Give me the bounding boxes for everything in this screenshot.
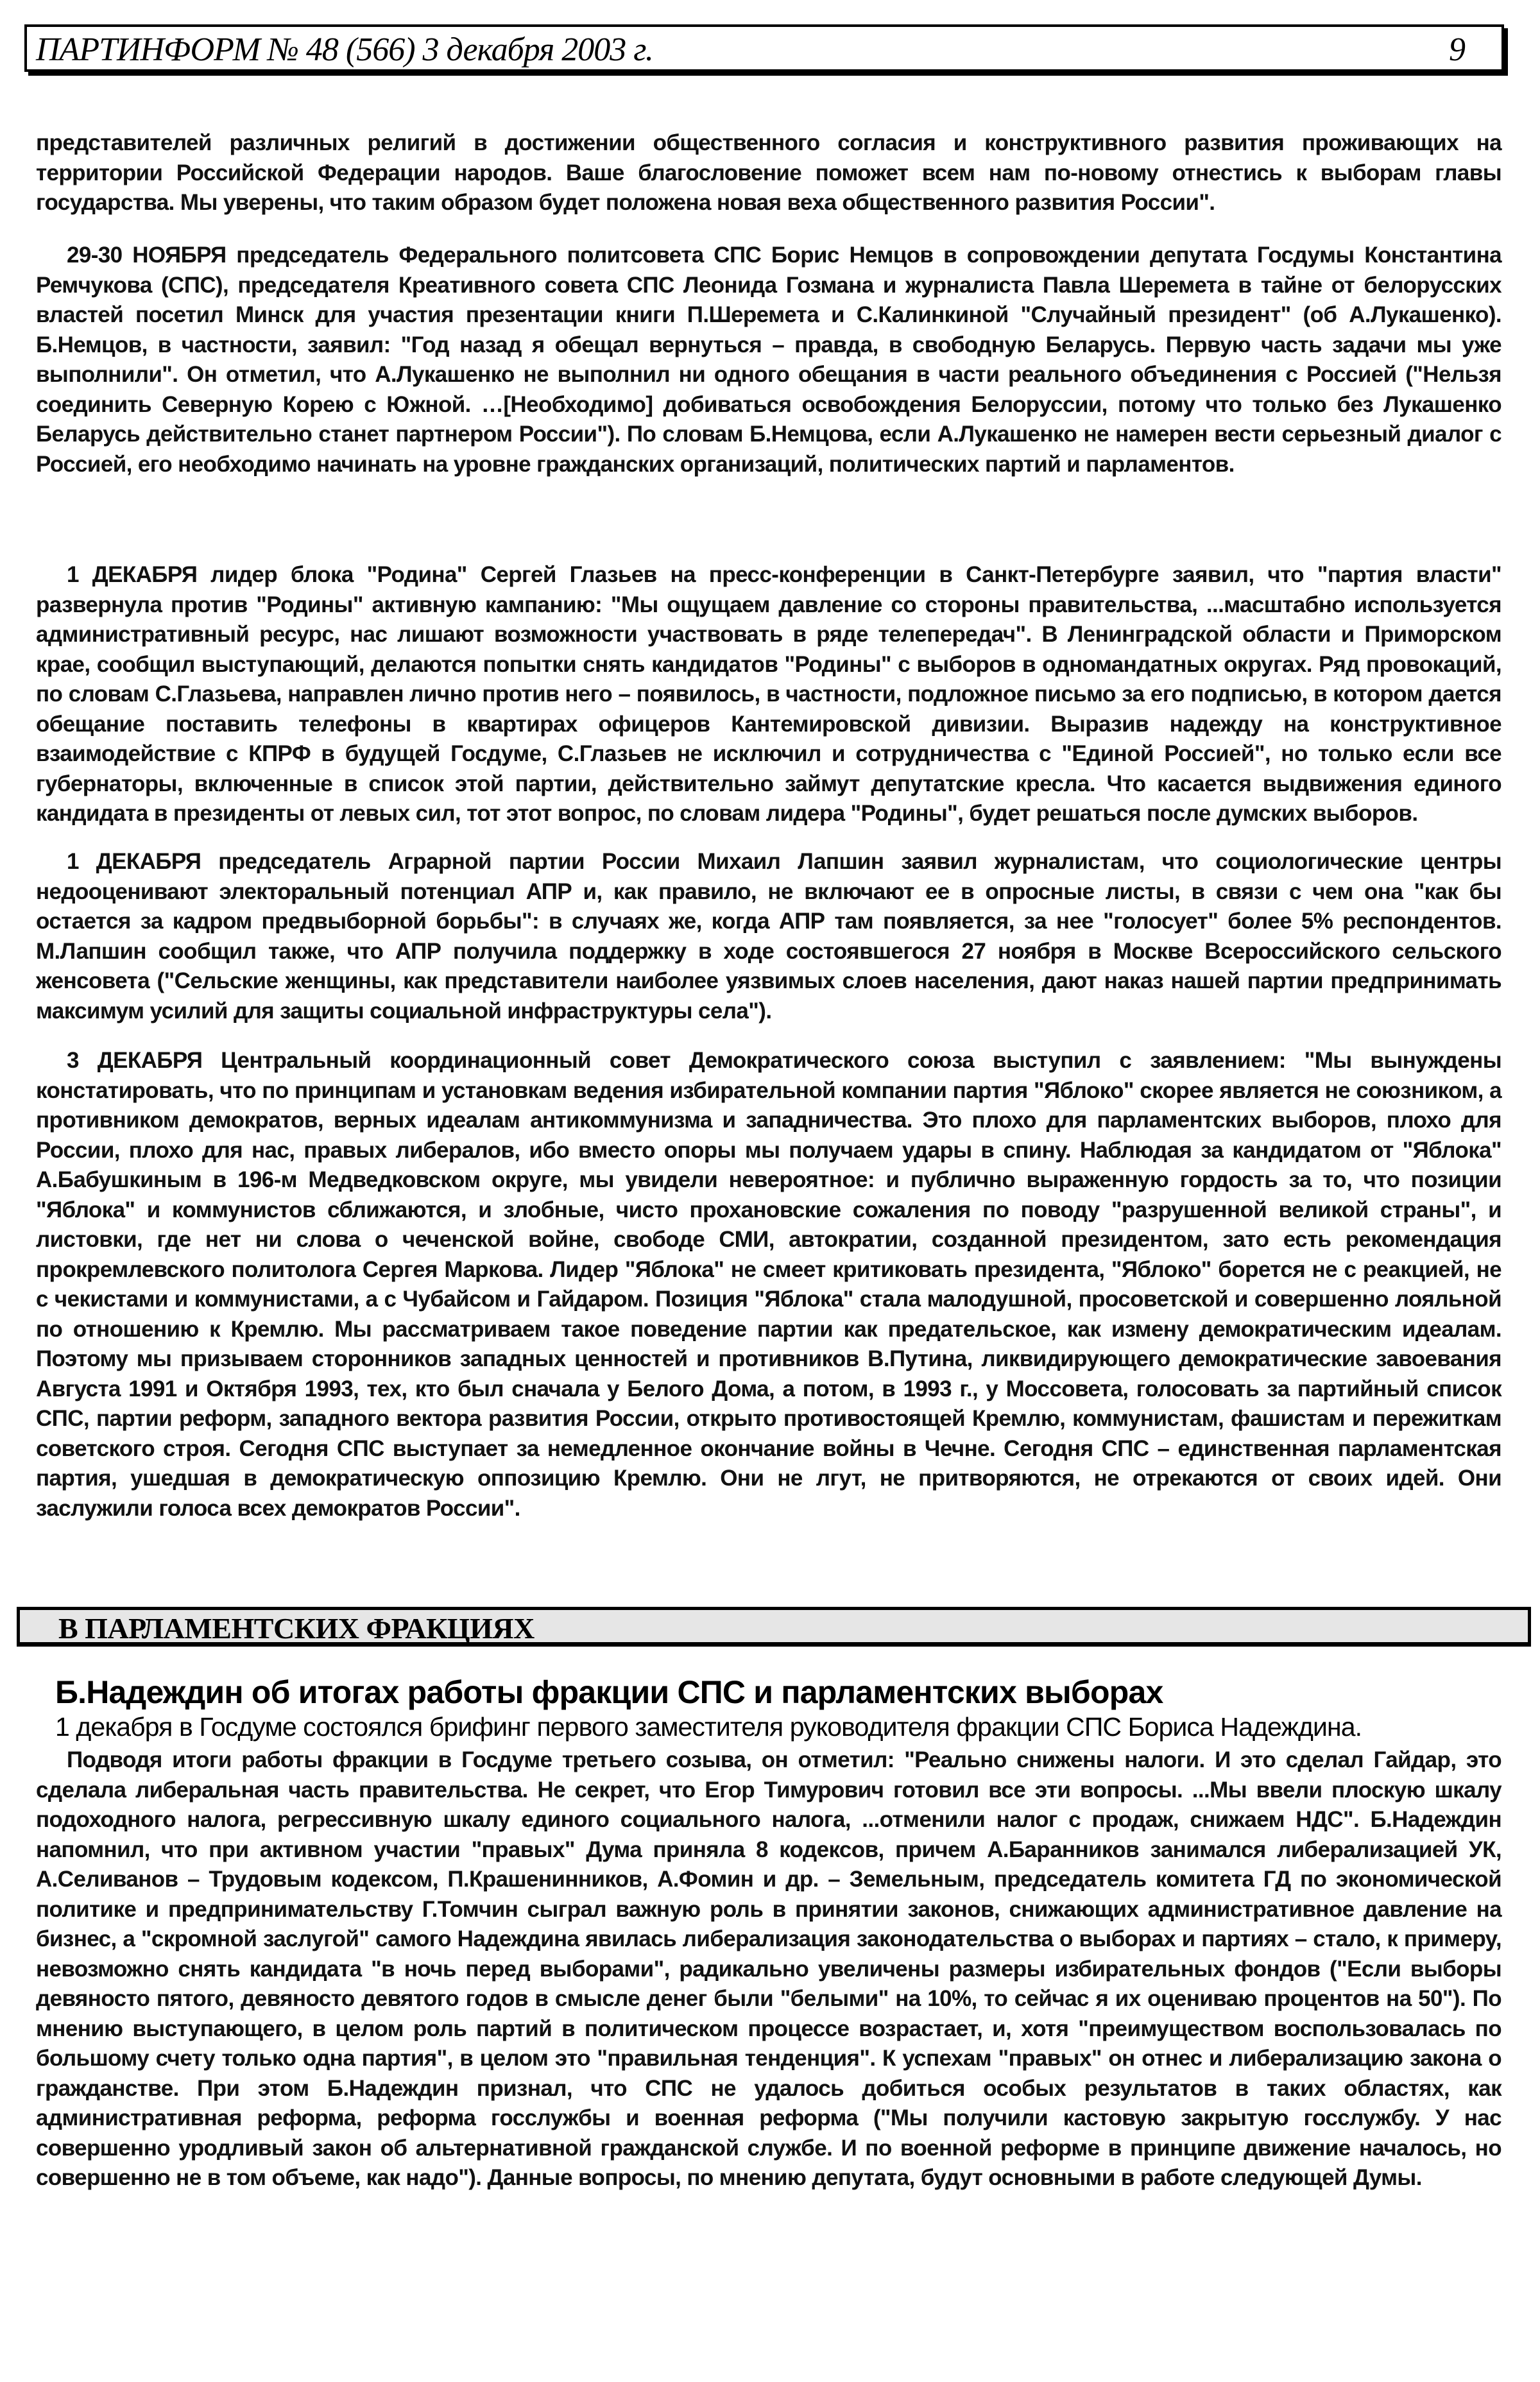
news-text: председатель Федерального политсовета СП… (36, 243, 1502, 477)
article-title: Б.Надеждин об итогах работы фракции СПС … (55, 1674, 1499, 1711)
news-date: 29-30 НОЯБРЯ (67, 243, 227, 268)
news-item: 1 ДЕКАБРЯ лидер блока "Родина" Сергей Гл… (36, 560, 1502, 829)
article-body: Подводя итоги работы фракции в Госдуме т… (36, 1745, 1502, 2193)
news-date: 1 ДЕКАБРЯ (67, 562, 197, 587)
section-header: В ПАРЛАМЕНТСКИХ ФРАКЦИЯХ (17, 1607, 1531, 1647)
newspaper-page: ПАРТИНФОРМ № 48 (566) 3 декабря 2003 г. … (0, 0, 1540, 2382)
news-item: 3 ДЕКАБРЯ Центральный координационный со… (36, 1046, 1502, 1523)
masthead: ПАРТИНФОРМ № 48 (566) 3 декабря 2003 г. … (24, 24, 1504, 72)
paragraph-continuation: представителей различных религий в дости… (36, 128, 1502, 218)
page-number: 9 (1449, 31, 1466, 69)
publication-title: ПАРТИНФОРМ № 48 (566) 3 декабря 2003 г. (36, 31, 653, 69)
section-title: В ПАРЛАМЕНТСКИХ ФРАКЦИЯХ (58, 1613, 535, 1645)
article-body-text: Подводя итоги работы фракции в Госдуме т… (36, 1745, 1502, 2193)
news-item: 1 ДЕКАБРЯ председатель Аграрной партии Р… (36, 847, 1502, 1026)
paragraph-text: представителей различных религий в дости… (36, 128, 1502, 218)
article-lead: 1 декабря в Госдуме состоялся брифинг пе… (55, 1711, 1525, 1743)
news-date: 1 ДЕКАБРЯ (67, 849, 201, 874)
news-item: 29-30 НОЯБРЯ председатель Федерального п… (36, 241, 1502, 479)
news-text: лидер блока "Родина" Сергей Глазьев на п… (36, 562, 1502, 826)
news-date: 3 ДЕКАБРЯ (67, 1048, 202, 1073)
news-text: Центральный координационный совет Демокр… (36, 1048, 1502, 1521)
news-text: председатель Аграрной партии России Миха… (36, 849, 1502, 1024)
